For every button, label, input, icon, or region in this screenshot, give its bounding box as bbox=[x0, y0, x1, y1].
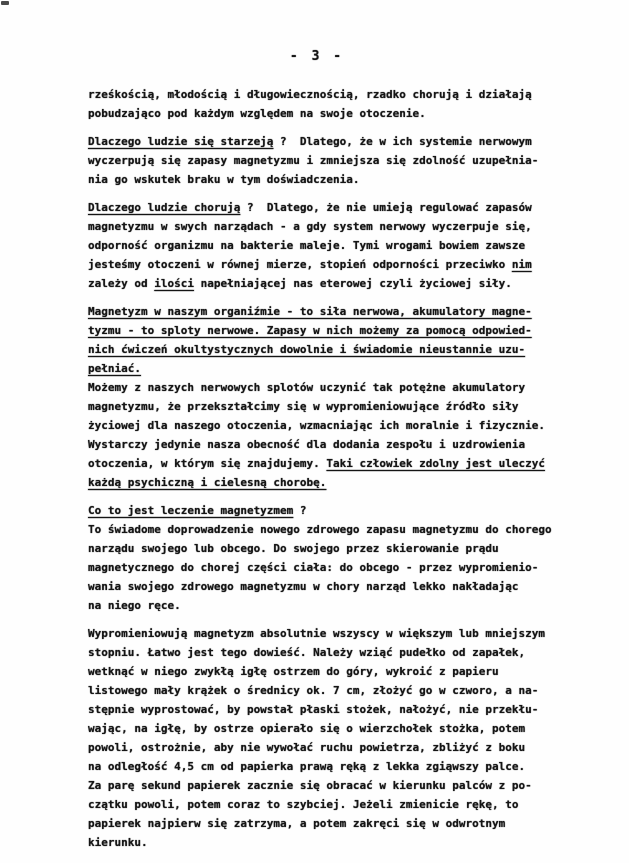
text-line: pobudzająco pod każdym względem na swoje… bbox=[88, 104, 566, 123]
page-number: - 3 - bbox=[88, 49, 546, 64]
text-segment: stępnie wyprostować, by powstał płaski s… bbox=[88, 703, 538, 716]
paragraph: Możemy z naszych nerwowych splotów uczyn… bbox=[88, 378, 566, 492]
text-line: magnetyzmu w swych narządach - a gdy sys… bbox=[88, 217, 566, 236]
underlined-text-segment: ilości bbox=[154, 277, 194, 290]
text-segment: Możemy z naszych nerwowych splotów uczyn… bbox=[88, 381, 525, 394]
text-segment: wania swojego zdrowego magnetyzmu w chor… bbox=[88, 580, 518, 593]
text-segment: magnetyzmu, że przekształcimy się w wypr… bbox=[88, 400, 518, 413]
underlined-text-segment: pełniać. bbox=[88, 362, 141, 375]
text-segment: na niego ręce. bbox=[88, 599, 181, 612]
text-line: powoli, ostrożnie, aby nie wywołać ruchu… bbox=[88, 738, 566, 757]
underlined-text-segment: tyzmu - to sploty nerwowe. Zapasy w nich… bbox=[88, 324, 532, 337]
text-segment: ? Dlatego, że nie umieją regulować zapas… bbox=[240, 201, 531, 214]
text-segment: wając, na igłę, by ostrze opierało się o… bbox=[88, 722, 525, 735]
text-line: Dlaczego ludzie chorują ? Dlatego, że ni… bbox=[88, 198, 566, 217]
text-line: tyzmu - to sploty nerwowe. Zapasy w nich… bbox=[88, 321, 566, 340]
text-line: nia go wskutek braku w tym doświadczenia… bbox=[88, 170, 566, 189]
underlined-text-segment: Dlaczego ludzie się starzeją bbox=[88, 135, 273, 148]
text-line: nich ćwiczeń okultystycznych dowolnie i … bbox=[88, 340, 566, 359]
underlined-text-segment: każdą psychiczną i cielesną chorobę. bbox=[88, 476, 326, 489]
text-line: papierek najpierw się zatrzyma, a potem … bbox=[88, 814, 566, 833]
paragraph: rześkością, młodością i długowiecznością… bbox=[88, 85, 566, 123]
text-line: wetknąć w niego zwykłą igłę ostrzem do g… bbox=[88, 662, 566, 681]
text-segment: czątku powoli, potem coraz to szybciej. … bbox=[88, 798, 518, 811]
paragraph: Dlaczego ludzie chorują ? Dlatego, że ni… bbox=[88, 198, 566, 293]
text-line: stępnie wyprostować, by powstał płaski s… bbox=[88, 700, 566, 719]
text-line: listowego mały krążek o średnicy ok. 7 c… bbox=[88, 681, 566, 700]
text-segment: otoczenia, w którym się znajdujemy. bbox=[88, 457, 326, 470]
text-segment: magnetycznego do chorej części ciała: do… bbox=[88, 561, 538, 574]
text-line: życiowej dla naszego otoczenia, wzmacnia… bbox=[88, 416, 566, 435]
text-segment: listowego mały krążek o średnicy ok. 7 c… bbox=[88, 684, 538, 697]
text-line: magnetyzmu, że przekształcimy się w wypr… bbox=[88, 397, 566, 416]
text-segment: odporność organizmu na bakterie maleje. … bbox=[88, 239, 525, 252]
paragraph: Dlaczego ludzie się starzeją ? Dlatego, … bbox=[88, 132, 566, 189]
text-segment: zależy od bbox=[88, 277, 154, 290]
text-line: Magnetyzm w naszym organiźmie - to siła … bbox=[88, 302, 566, 321]
text-line: rześkością, młodością i długowiecznością… bbox=[88, 85, 566, 104]
text-line: na niego ręce. bbox=[88, 596, 566, 615]
text-line: na odległość 4,5 cm od papierka prawą rę… bbox=[88, 757, 566, 776]
text-segment: wyczerpują się zapasy magnetyzmu i zmnie… bbox=[88, 154, 538, 167]
text-line: Możemy z naszych nerwowych splotów uczyn… bbox=[88, 378, 566, 397]
text-line: odporność organizmu na bakterie maleje. … bbox=[88, 236, 566, 255]
text-segment: pobudzająco pod każdym względem na swoje… bbox=[88, 107, 426, 120]
underlined-text-segment: Co to jest leczenie magnetyzmem bbox=[88, 504, 293, 517]
text-line: wyczerpują się zapasy magnetyzmu i zmnie… bbox=[88, 151, 566, 170]
underlined-text-segment: nich ćwiczeń okultystycznych dowolnie i … bbox=[88, 343, 525, 356]
paragraph: Wypromieniowują magnetyzm absolutnie wsz… bbox=[88, 624, 566, 852]
text-line: To świadome doprowadzenie nowego zdroweg… bbox=[88, 520, 566, 539]
text-segment: magnetyzmu w swych narządach - a gdy sys… bbox=[88, 220, 532, 233]
text-line: otoczenia, w którym się znajdujemy. Taki… bbox=[88, 454, 566, 473]
underlined-text-segment: Dlaczego ludzie chorują bbox=[88, 201, 240, 214]
paragraph: Co to jest leczenie magnetyzmem ?To świa… bbox=[88, 501, 566, 615]
text-line: wając, na igłę, by ostrze opierało się o… bbox=[88, 719, 566, 738]
text-line: zależy od ilości napełniającej nas etero… bbox=[88, 274, 566, 293]
text-segment: Za parę sekund papierek zacznie się obra… bbox=[88, 779, 532, 792]
text-line: Co to jest leczenie magnetyzmem ? bbox=[88, 501, 566, 520]
text-segment: nia go wskutek braku w tym doświadczenia… bbox=[88, 173, 360, 186]
document-body: rześkością, młodością i długowiecznością… bbox=[88, 85, 566, 852]
underlined-text-segment: nim bbox=[512, 258, 532, 271]
text-segment: jesteśmy otoczeni w równej mierze, stopi… bbox=[88, 258, 512, 271]
text-segment: stopniu. Łatwo jest tego dowieść. Należy… bbox=[88, 646, 525, 659]
paragraph: Magnetyzm w naszym organiźmie - to siła … bbox=[88, 302, 566, 378]
text-segment: napełniającej nas eterowej czyli życiowe… bbox=[194, 277, 512, 290]
scanned-page: - 3 - rześkością, młodością i długowiecz… bbox=[0, 0, 629, 863]
text-line: pełniać. bbox=[88, 359, 566, 378]
text-segment: rześkością, młodością i długowiecznością… bbox=[88, 88, 532, 101]
text-line: Wystarczy jedynie nasza obecność dla dod… bbox=[88, 435, 566, 454]
text-segment: Wystarczy jedynie nasza obecność dla dod… bbox=[88, 438, 525, 451]
text-segment: narządu swojego lub obcego. Do swojego p… bbox=[88, 542, 499, 555]
text-line: Dlaczego ludzie się starzeją ? Dlatego, … bbox=[88, 132, 566, 151]
underlined-text-segment: Taki człowiek zdolny jest uleczyć bbox=[326, 457, 545, 470]
scan-artifact bbox=[1, 1, 9, 5]
text-line: magnetycznego do chorej części ciała: do… bbox=[88, 558, 566, 577]
text-segment: To świadome doprowadzenie nowego zdroweg… bbox=[88, 523, 552, 536]
text-line: każdą psychiczną i cielesną chorobę. bbox=[88, 473, 566, 492]
text-segment: życiowej dla naszego otoczenia, wzmacnia… bbox=[88, 419, 545, 432]
text-segment: ? bbox=[293, 504, 306, 517]
text-line: stopniu. Łatwo jest tego dowieść. Należy… bbox=[88, 643, 566, 662]
text-line: jesteśmy otoczeni w równej mierze, stopi… bbox=[88, 255, 566, 274]
text-line: kierunku. bbox=[88, 833, 566, 852]
text-segment: kierunku. bbox=[88, 836, 148, 849]
text-line: narządu swojego lub obcego. Do swojego p… bbox=[88, 539, 566, 558]
text-line: wania swojego zdrowego magnetyzmu w chor… bbox=[88, 577, 566, 596]
text-line: Wypromieniowują magnetyzm absolutnie wsz… bbox=[88, 624, 566, 643]
text-line: czątku powoli, potem coraz to szybciej. … bbox=[88, 795, 566, 814]
text-segment: powoli, ostrożnie, aby nie wywołać ruchu… bbox=[88, 741, 525, 754]
text-segment: ? Dlatego, że w ich systemie nerwowym bbox=[273, 135, 531, 148]
underlined-text-segment: Magnetyzm w naszym organiźmie - to siła … bbox=[88, 305, 532, 318]
text-segment: Wypromieniowują magnetyzm absolutnie wsz… bbox=[88, 627, 545, 640]
text-line: Za parę sekund papierek zacznie się obra… bbox=[88, 776, 566, 795]
text-segment: na odległość 4,5 cm od papierka prawą rę… bbox=[88, 760, 525, 773]
text-segment: papierek najpierw się zatrzyma, a potem … bbox=[88, 817, 505, 830]
text-segment: wetknąć w niego zwykłą igłę ostrzem do g… bbox=[88, 665, 499, 678]
